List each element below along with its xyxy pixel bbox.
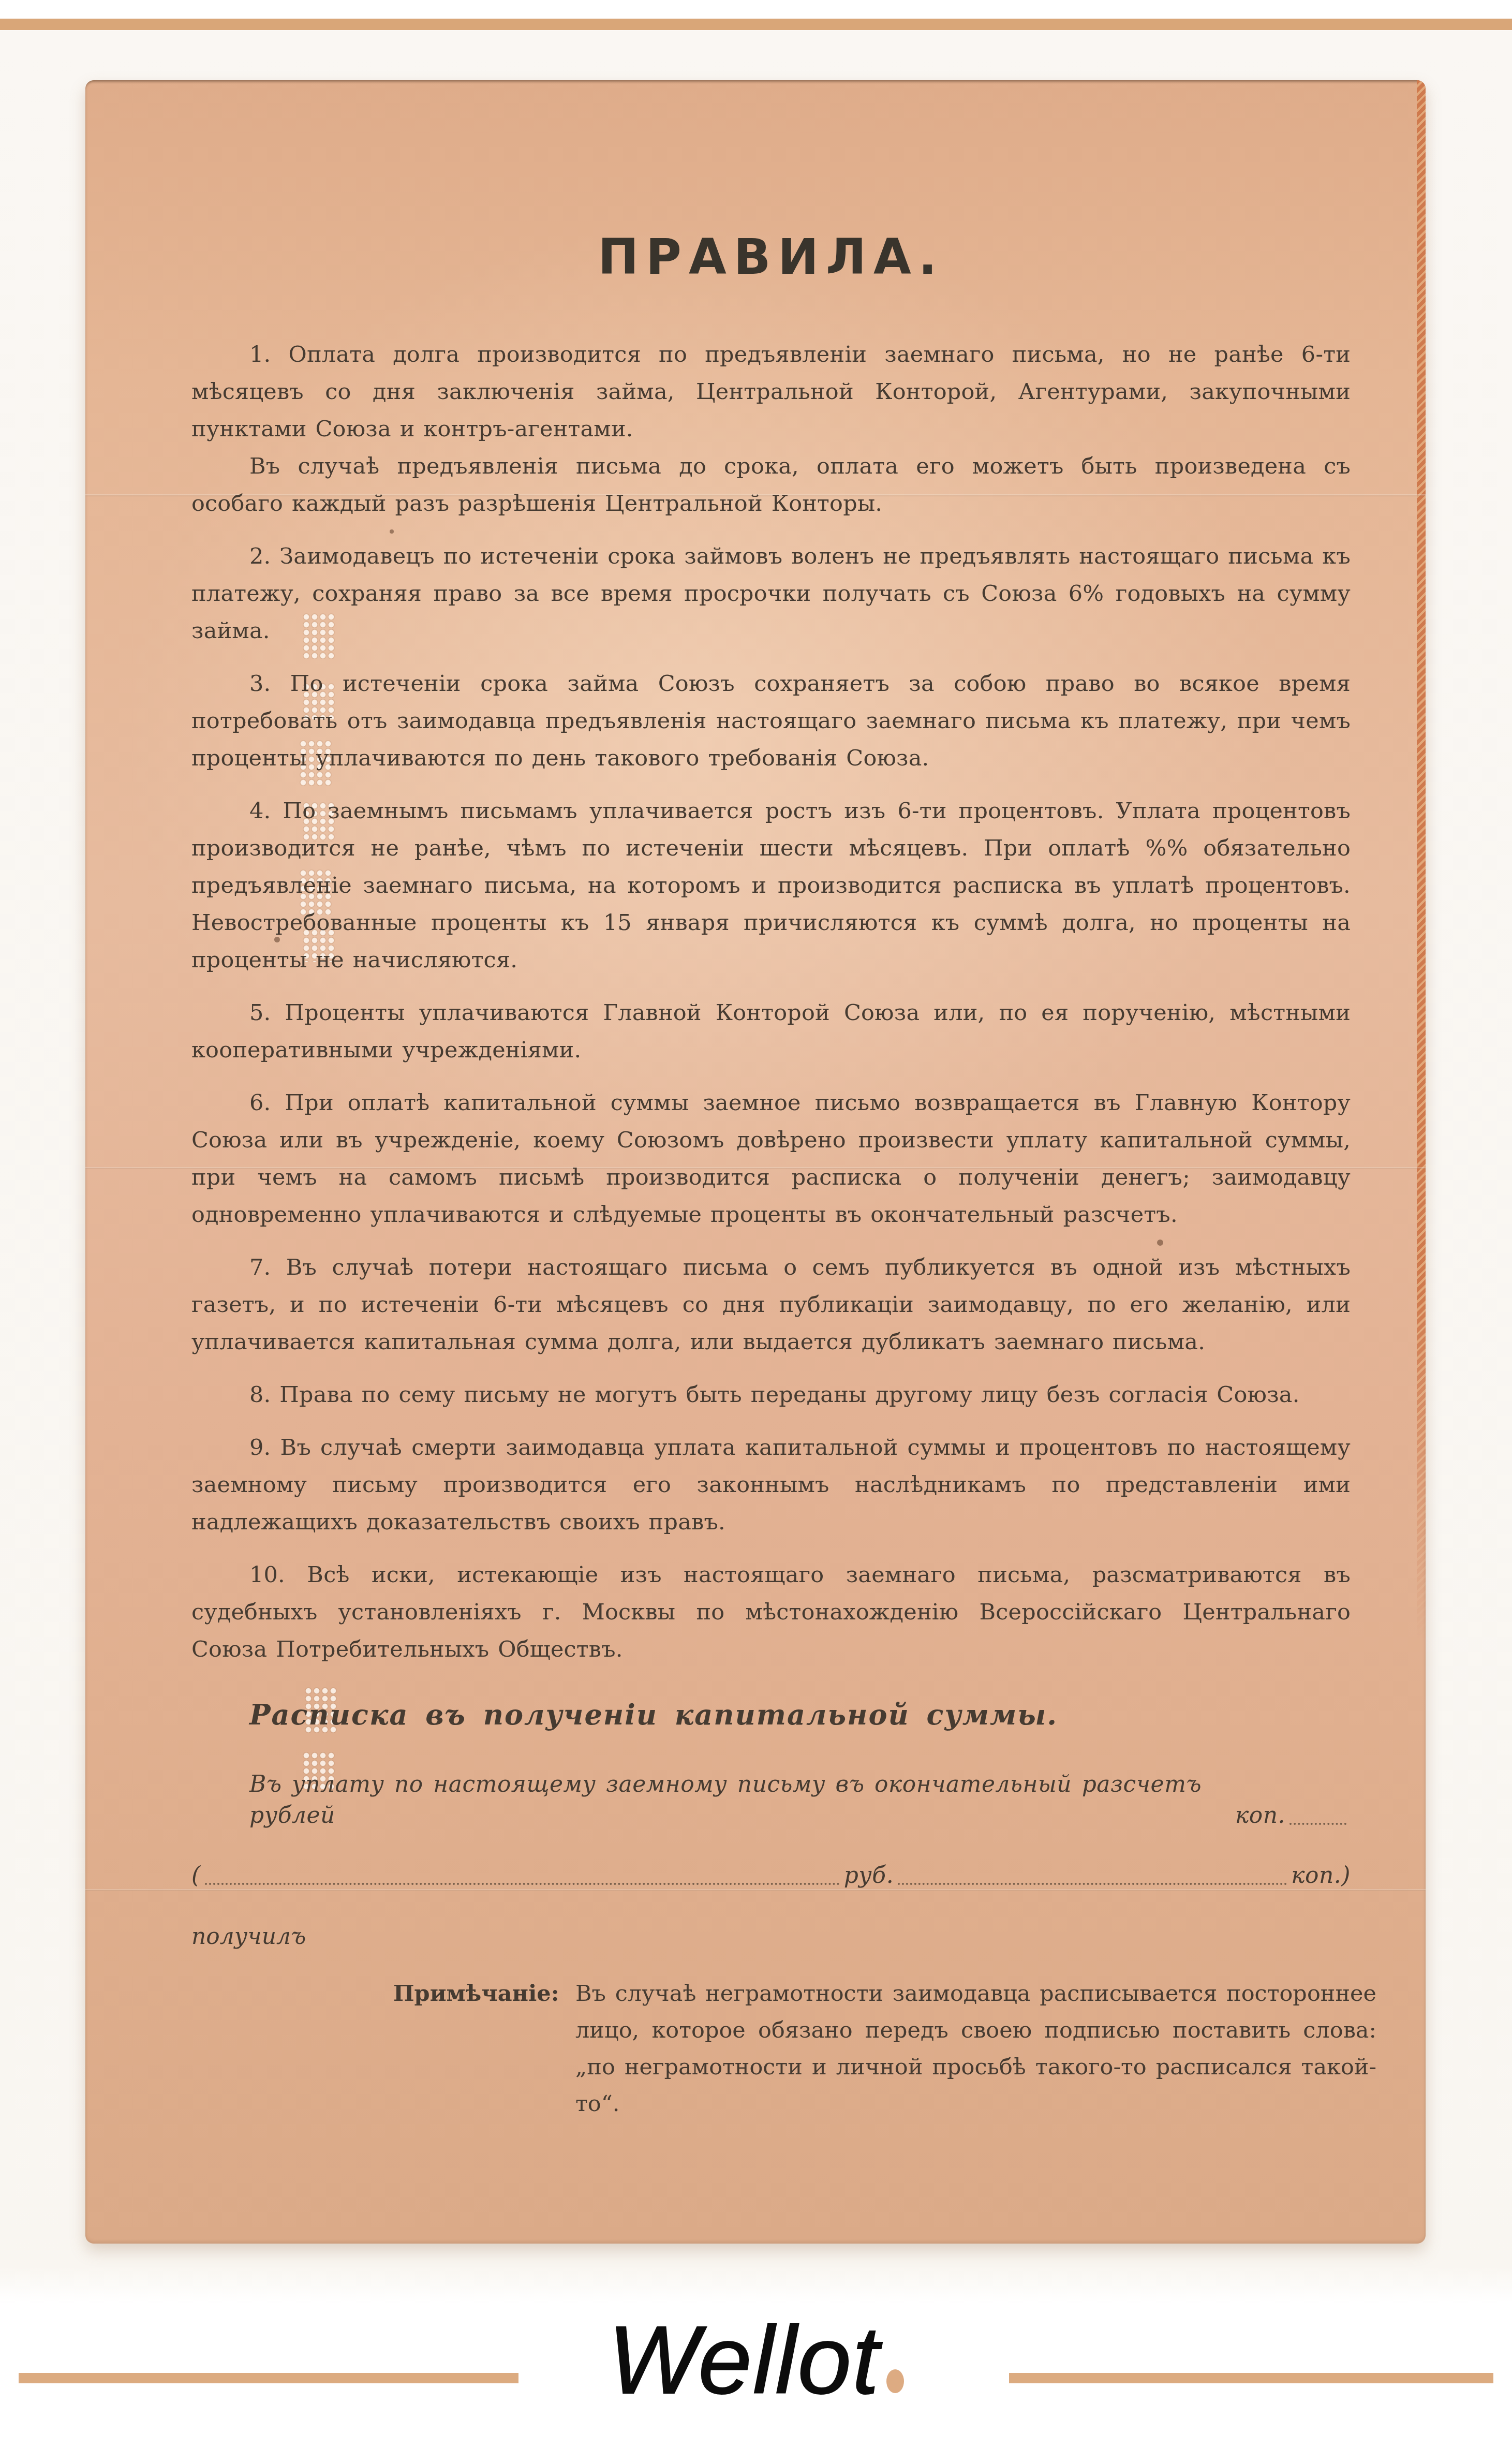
paper-deckle-edge [1417, 80, 1426, 1638]
document-title: ПРАВИЛА. [191, 233, 1351, 282]
brand-logo: Wellot [0, 2312, 1512, 2409]
fill-in-blank [898, 1883, 1287, 1885]
note-block: Примѣчаніе: Въ случаѣ неграмотности заим… [393, 1975, 1376, 2122]
rule-paragraph: Въ случаѣ предъявленія письма до срока, … [191, 448, 1351, 522]
receipt-amount-line: Въ уплату по настоящему заемному письму … [191, 1769, 1351, 1831]
open-paren: ( [191, 1860, 201, 1891]
rule-paragraph: 1. Оплата долга производится по предъявл… [191, 336, 1351, 448]
rule-paragraph: 10. Всѣ иски, истекающіе изъ настоящаго … [191, 1556, 1351, 1668]
rule-paragraph: 6. При оплатѣ капитальной суммы заемное … [191, 1084, 1351, 1233]
received-label: получилъ [191, 1923, 1351, 1950]
page: ПРАВИЛА. 1. Оплата долга производится по… [0, 0, 1512, 2448]
rule-paragraph: 5. Проценты уплачиваются Главной Конторо… [191, 994, 1351, 1069]
document-content: ПРАВИЛА. 1. Оплата долга производится по… [191, 80, 1351, 1950]
kopeck-close-label: коп.) [1291, 1860, 1351, 1891]
rule-paragraph: 9. Въ случаѣ смерти заимодавца уплата ка… [191, 1429, 1351, 1541]
note-text: Въ случаѣ неграмотности заимодавца распи… [575, 1975, 1376, 2122]
fill-in-blank [1289, 1823, 1346, 1825]
brand-logo-dot [886, 2369, 904, 2393]
note-label: Примѣчаніе: [393, 1975, 575, 2122]
brand-name: Wellot [608, 2307, 880, 2414]
rule-paragraph: 8. Права по сему письму не могутъ быть п… [191, 1376, 1351, 1413]
fill-in-blank [205, 1883, 840, 1885]
top-accent-bar [0, 19, 1512, 30]
receipt-amount-text: Въ уплату по настоящему заемному письму … [249, 1769, 1227, 1831]
kopeck-label: коп. [1235, 1800, 1285, 1831]
document-scan: ПРАВИЛА. 1. Оплата долга производится по… [85, 80, 1426, 2244]
ruble-label: руб. [844, 1860, 894, 1891]
rule-paragraph: 4. По заемнымъ письмамъ уплачивается рос… [191, 792, 1351, 979]
rules-list: 1. Оплата долга производится по предъявл… [191, 336, 1351, 1668]
rule-paragraph: 2. Заимодавецъ по истеченіи срока займов… [191, 538, 1351, 650]
receipt-words-line: ( руб. коп.) [191, 1860, 1351, 1891]
receipt-heading: Расписка въ полученіи капитальной суммы. [191, 1698, 1351, 1732]
rule-paragraph: 3. По истеченіи срока займа Союзъ сохран… [191, 665, 1351, 777]
rule-paragraph: 7. Въ случаѣ потери настоящаго письма о … [191, 1249, 1351, 1361]
